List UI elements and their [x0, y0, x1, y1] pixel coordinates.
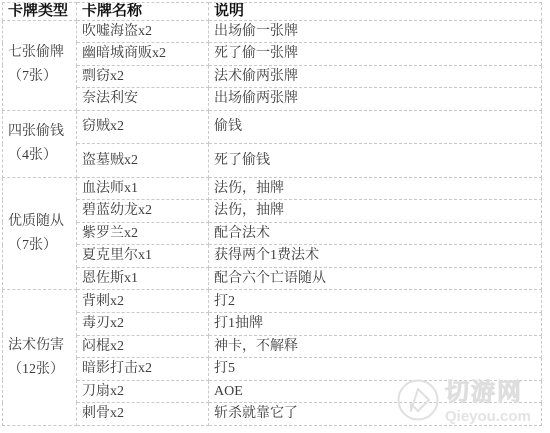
card-name-cell: 闷棍x2: [77, 335, 209, 358]
card-type-label: 四张偷钱: [8, 120, 72, 144]
card-desc-cell: 获得两个1费法术: [209, 245, 542, 268]
card-desc-cell: 法术偷两张牌: [209, 65, 542, 88]
card-list-table: 卡牌类型 卡牌名称 说明 七张偷牌 （7张） 吹嘘海盗x2 出场偷一张牌 幽暗城…: [2, 2, 542, 426]
table-row: 暗影打击x2 打5: [3, 358, 542, 381]
table-row: 七张偷牌 （7张） 吹嘘海盗x2 出场偷一张牌: [3, 20, 542, 43]
card-name-cell: 吹嘘海盗x2: [77, 20, 209, 43]
col-header-card-type: 卡牌类型: [3, 3, 77, 21]
col-header-card-name: 卡牌名称: [77, 3, 209, 21]
card-type-label: 七张偷牌: [8, 41, 72, 65]
table-row: 幽暗城商贩x2 死了偷一张牌: [3, 43, 542, 66]
card-desc-cell: 法伤，抽牌: [209, 200, 542, 223]
card-type-label: 法术伤害: [8, 334, 72, 358]
card-name-cell: 窃贼x2: [77, 110, 209, 143]
card-desc-cell: 斩杀就靠它了: [209, 403, 542, 426]
table-row: 恩佐斯x1 配合六个亡语随从: [3, 267, 542, 290]
card-desc-cell: 神卡，不解释: [209, 335, 542, 358]
table-row: 剽窃x2 法术偷两张牌: [3, 65, 542, 88]
card-type-cell: 四张偷钱 （4张）: [3, 110, 77, 177]
card-name-cell: 毒刃x2: [77, 313, 209, 336]
card-name-cell: 紫罗兰x2: [77, 222, 209, 245]
card-type-cell: 法术伤害 （12张）: [3, 290, 77, 426]
table-row: 盗墓贼x2 死了偷钱: [3, 144, 542, 177]
table-row: 闷棍x2 神卡，不解释: [3, 335, 542, 358]
card-desc-cell: 配合六个亡语随从: [209, 267, 542, 290]
card-type-count: （7张）: [8, 234, 72, 258]
card-desc-cell: AOE: [209, 380, 542, 403]
card-desc-cell: 打2: [209, 290, 542, 313]
card-name-cell: 夏克里尔x1: [77, 245, 209, 268]
card-type-label: 优质随从: [8, 210, 72, 234]
table-row: 碧蓝幼龙x2 法伤，抽牌: [3, 200, 542, 223]
card-name-cell: 碧蓝幼龙x2: [77, 200, 209, 223]
header-row: 卡牌类型 卡牌名称 说明: [3, 3, 542, 21]
table-row: 四张偷钱 （4张） 窃贼x2 偷钱: [3, 110, 542, 143]
table-row: 紫罗兰x2 配合法术: [3, 222, 542, 245]
card-desc-cell: 打1抽牌: [209, 313, 542, 336]
col-header-description: 说明: [209, 3, 542, 21]
card-desc-cell: 打5: [209, 358, 542, 381]
table-row: 夏克里尔x1 获得两个1费法术: [3, 245, 542, 268]
card-desc-cell: 配合法术: [209, 222, 542, 245]
card-name-cell: 盗墓贼x2: [77, 144, 209, 177]
card-desc-cell: 法伤，抽牌: [209, 177, 542, 200]
card-desc-cell: 出场偷两张牌: [209, 88, 542, 111]
card-type-count: （12张）: [8, 358, 72, 382]
table-row: 优质随从 （7张） 血法师x1 法伤，抽牌: [3, 177, 542, 200]
table-row: 刺骨x2 斩杀就靠它了: [3, 403, 542, 426]
card-name-cell: 奈法利安: [77, 88, 209, 111]
table-row: 奈法利安 出场偷两张牌: [3, 88, 542, 111]
table-row: 法术伤害 （12张） 背刺x2 打2: [3, 290, 542, 313]
card-name-cell: 背刺x2: [77, 290, 209, 313]
card-name-cell: 血法师x1: [77, 177, 209, 200]
card-guide-page: 卡牌类型 卡牌名称 说明 七张偷牌 （7张） 吹嘘海盗x2 出场偷一张牌 幽暗城…: [0, 0, 550, 433]
card-desc-cell: 偷钱: [209, 110, 542, 143]
card-name-cell: 暗影打击x2: [77, 358, 209, 381]
table-row: 毒刃x2 打1抽牌: [3, 313, 542, 336]
card-name-cell: 恩佐斯x1: [77, 267, 209, 290]
table-row: 刀扇x2 AOE: [3, 380, 542, 403]
card-type-cell: 优质随从 （7张）: [3, 177, 77, 290]
card-desc-cell: 死了偷一张牌: [209, 43, 542, 66]
card-desc-cell: 死了偷钱: [209, 144, 542, 177]
card-name-cell: 刺骨x2: [77, 403, 209, 426]
card-type-count: （7张）: [8, 65, 72, 89]
card-name-cell: 剽窃x2: [77, 65, 209, 88]
card-name-cell: 刀扇x2: [77, 380, 209, 403]
card-type-cell: 七张偷牌 （7张）: [3, 20, 77, 110]
card-type-count: （4张）: [8, 144, 72, 168]
card-name-cell: 幽暗城商贩x2: [77, 43, 209, 66]
card-desc-cell: 出场偷一张牌: [209, 20, 542, 43]
